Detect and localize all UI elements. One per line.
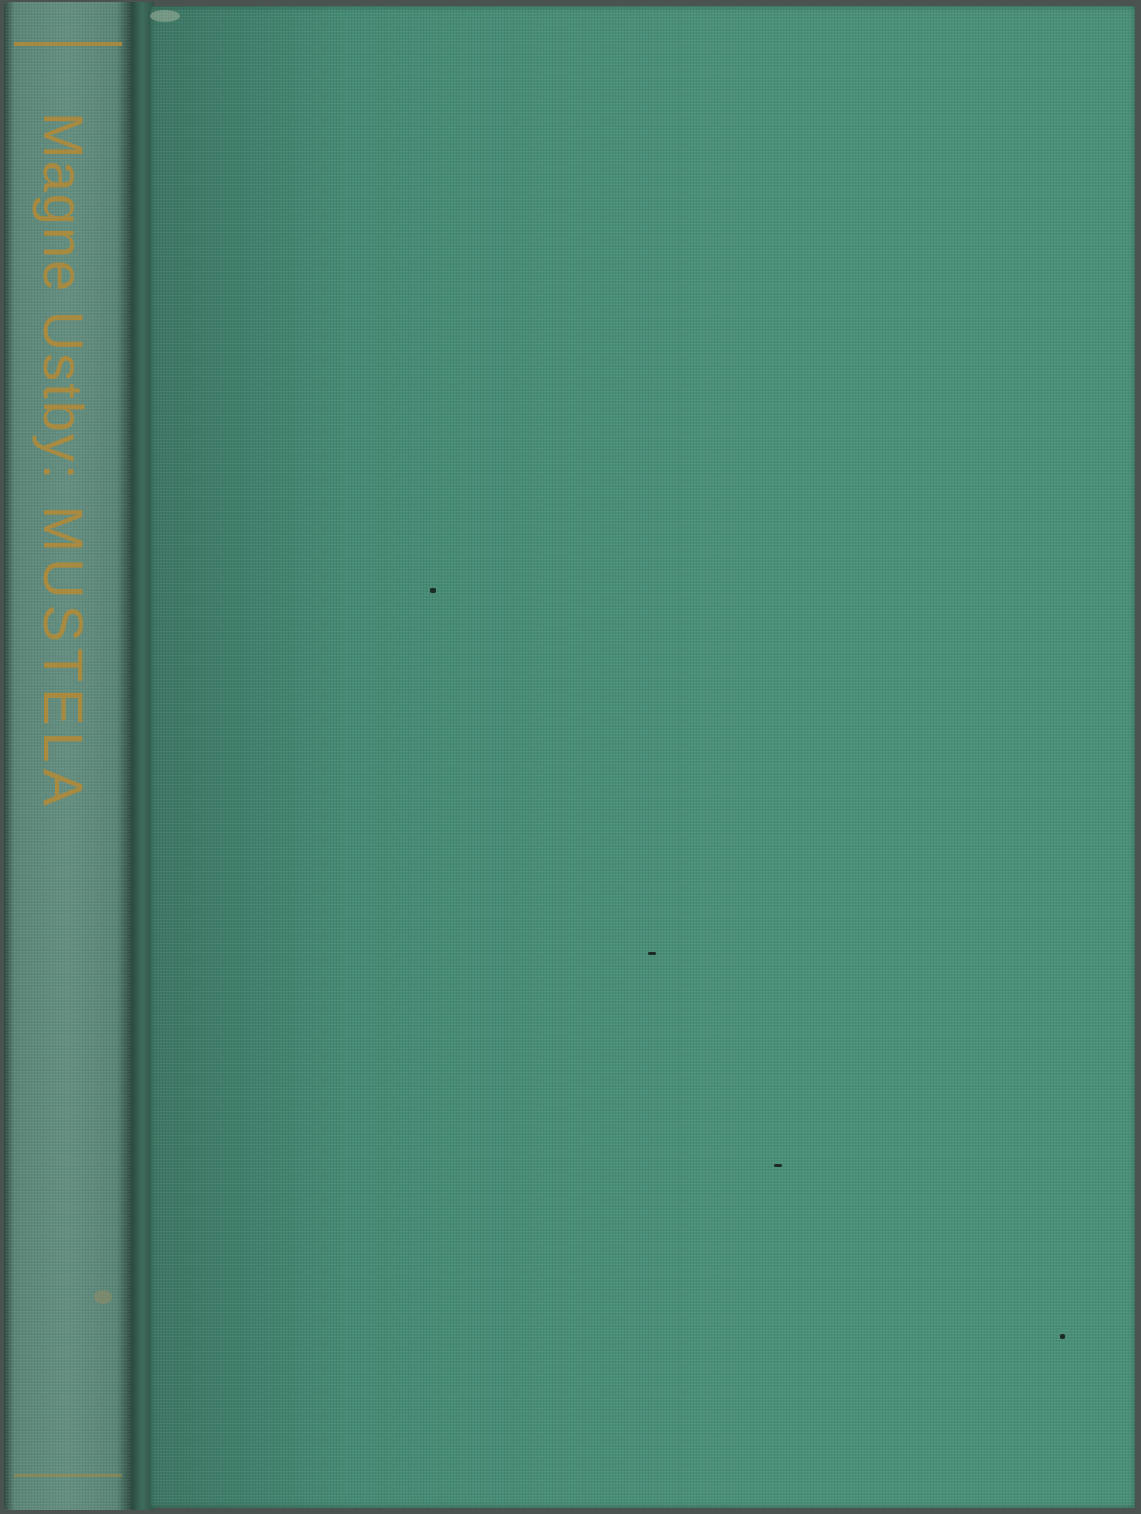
spine-gold-rule-bottom (14, 1474, 122, 1477)
cover-wear (150, 10, 180, 22)
book-spine: Magne Ustby:MUSTELA (4, 2, 132, 1510)
spine-author: Magne Ustby: (32, 112, 95, 482)
spine-lettering: Magne Ustby:MUSTELA (31, 112, 96, 812)
cover-blemish (430, 588, 436, 593)
cover-blemish (774, 1164, 782, 1167)
spine-scuff (94, 1290, 112, 1304)
cover-blemish (648, 952, 656, 955)
cover-blemish (1060, 1334, 1065, 1339)
front-cover (150, 6, 1135, 1508)
spine-gold-rule-top (14, 42, 122, 46)
spine-title: MUSTELA (32, 506, 95, 813)
